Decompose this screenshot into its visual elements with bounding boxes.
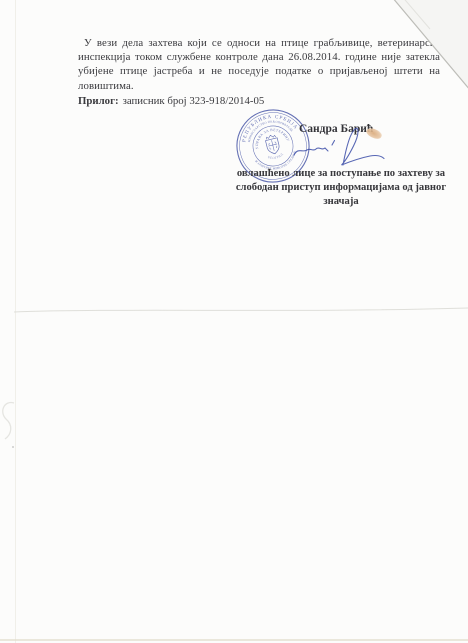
handwritten-signature [290,124,392,170]
fold-crease-line [14,308,468,312]
scanned-document-page: У вези дела захтева који се односи на пт… [0,0,468,643]
signer-title-block: овлашћено лице за поступање по захтеву з… [224,167,458,210]
attachment-line: Прилог:записник број 323-918/2014-05 [78,95,264,107]
attachment-value: записник број 323-918/2014-05 [123,95,265,107]
attachment-label: Прилог: [78,95,119,107]
signer-title-line-2: слободан приступ информацијама од јавног [224,181,458,195]
body-paragraph: У вези дела захтева који се односи на пт… [78,36,440,93]
signature-icon [290,124,392,170]
left-edge-mark [3,403,14,439]
signer-title-line-1: овлашћено лице за поступање по захтеву з… [224,167,458,181]
coat-of-arms-icon [265,134,281,155]
signer-title-line-3: значаја [224,195,458,209]
